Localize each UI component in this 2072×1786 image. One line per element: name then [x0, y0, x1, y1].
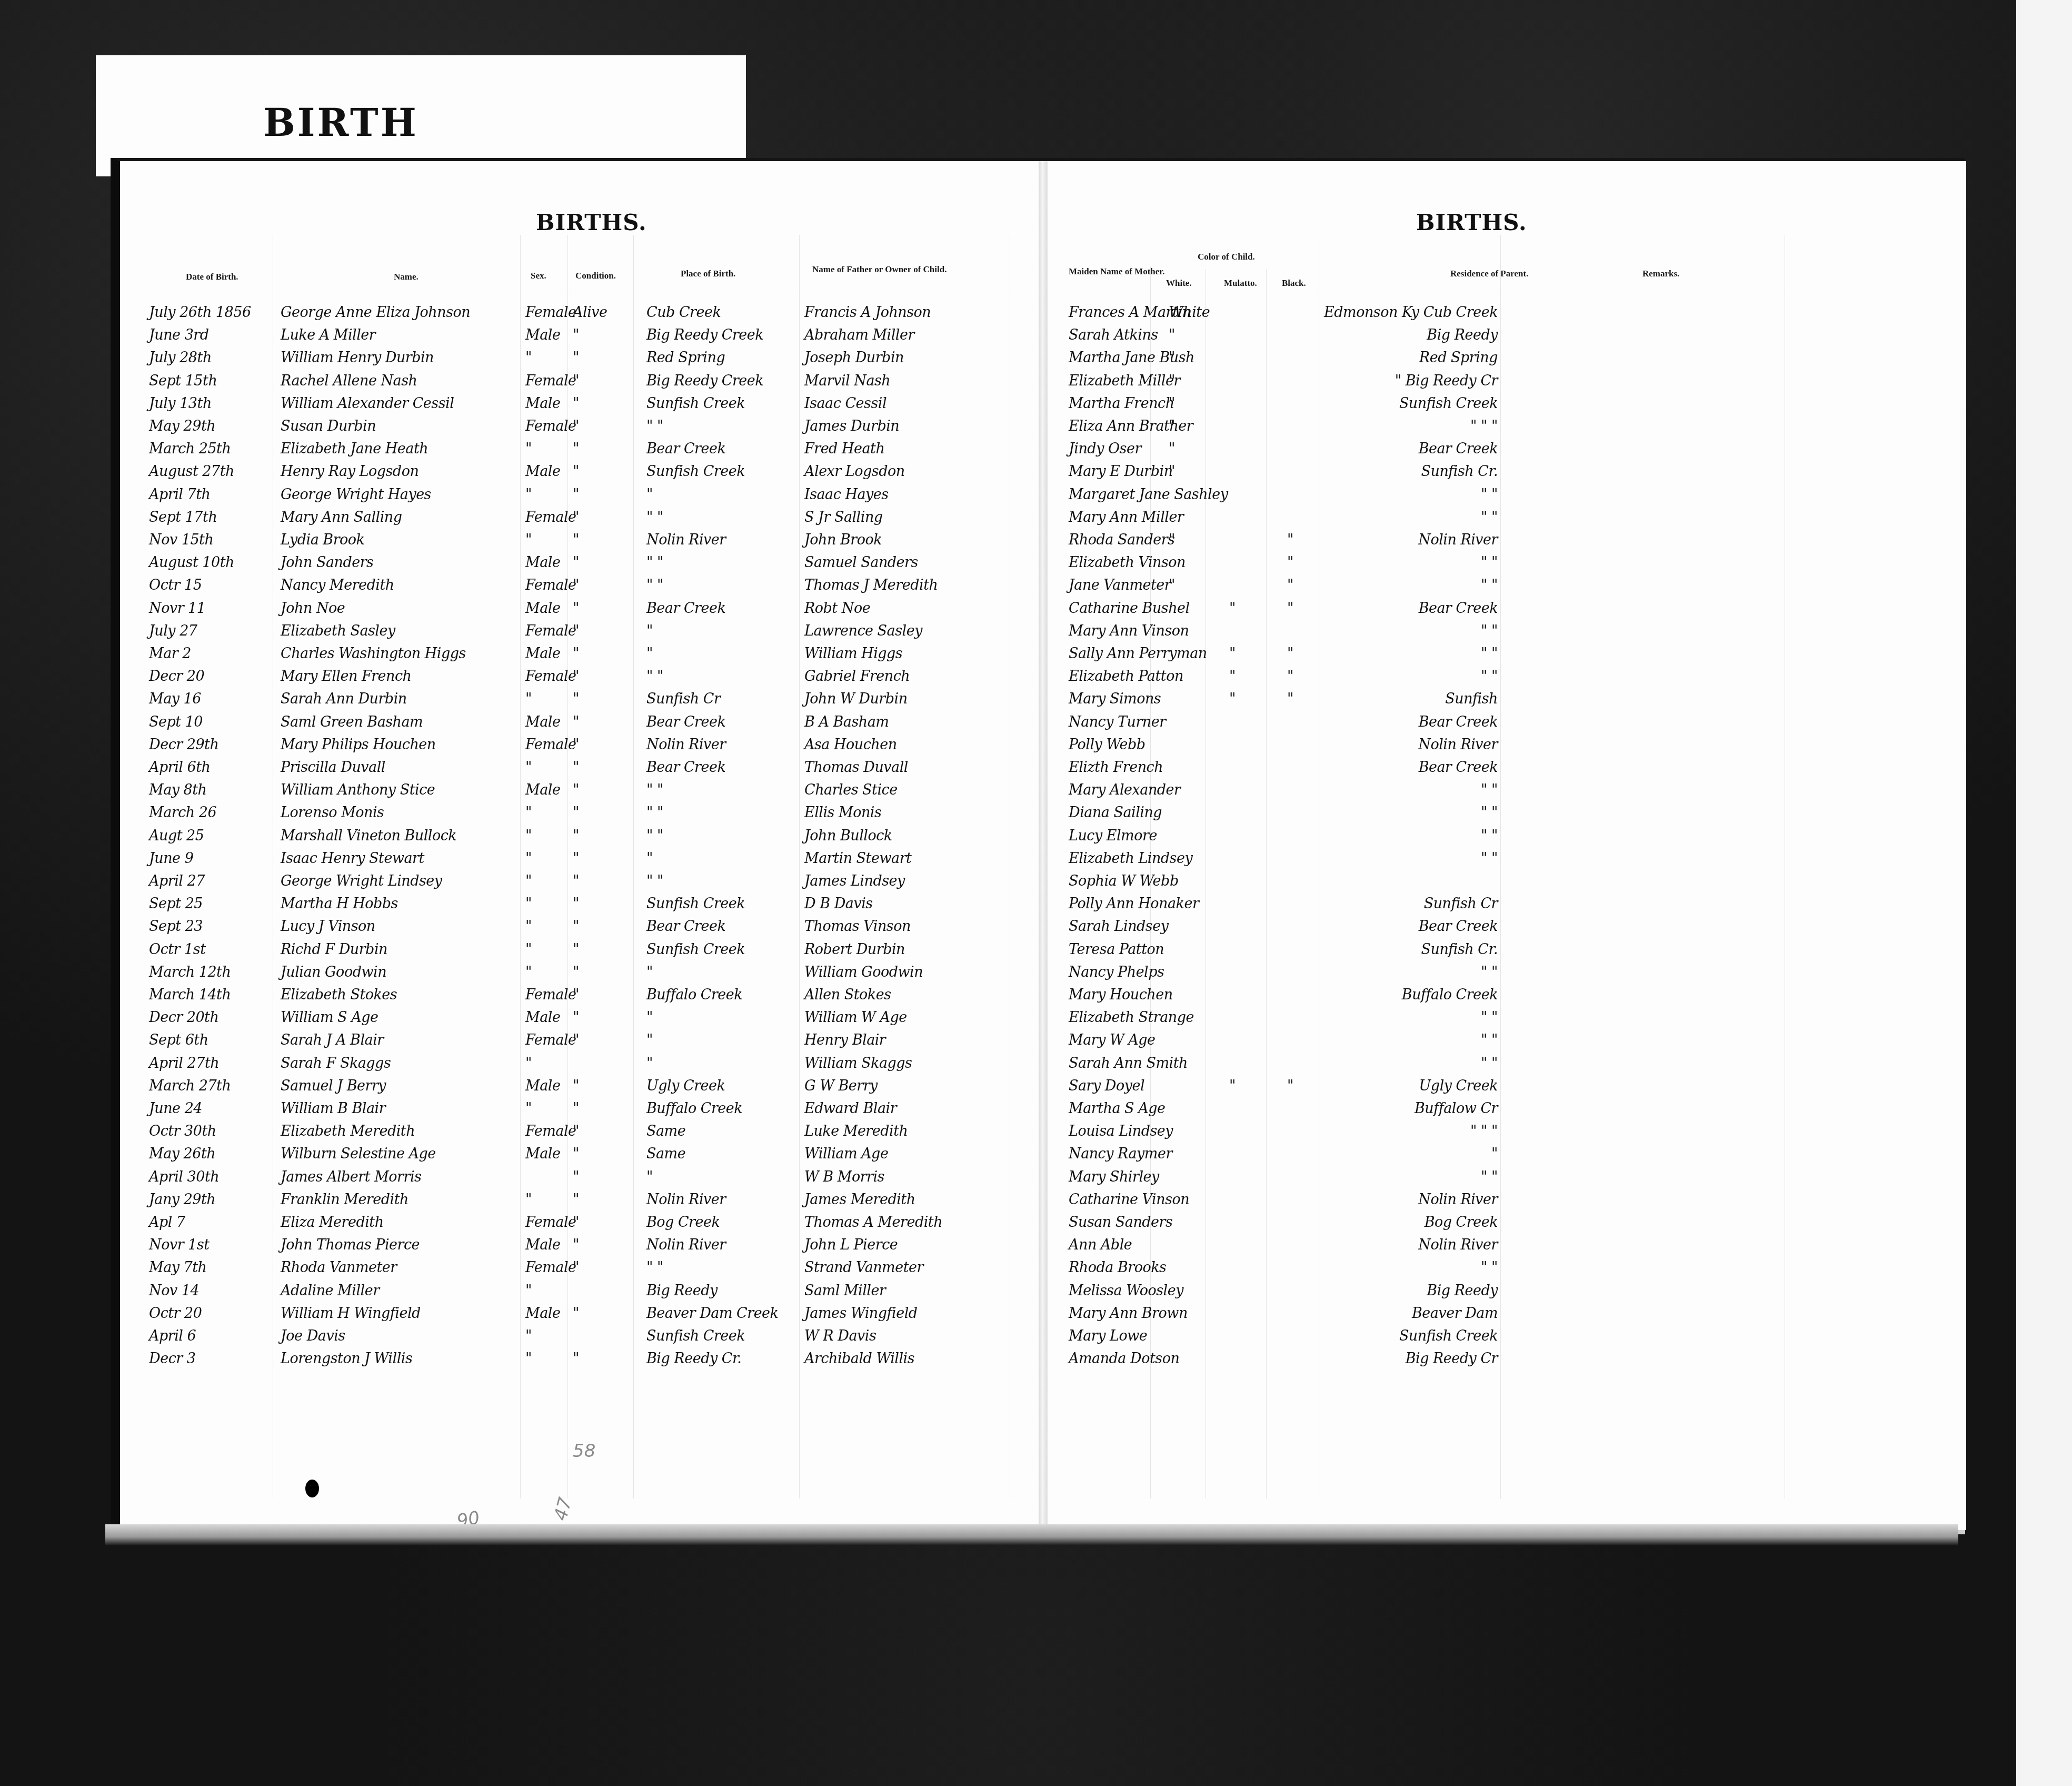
- cell-date: Mar 2: [149, 646, 191, 662]
- cell-date: Nov 14: [149, 1283, 199, 1299]
- cell-name: William B Blair: [281, 1100, 385, 1117]
- cell-name: Susan Durbin: [281, 418, 376, 434]
- cell-condition: ": [573, 1078, 579, 1094]
- cell-mother: Susan Sanders: [1069, 1214, 1172, 1231]
- cell-father: John L Pierce: [804, 1237, 898, 1253]
- cell-date: March 25th: [149, 441, 231, 457]
- cell-father: Fred Heath: [804, 441, 884, 457]
- cell-residence: " ": [1481, 554, 1498, 571]
- book-gutter: [1039, 161, 1047, 1530]
- cell-name: Rhoda Vanmeter: [281, 1259, 397, 1276]
- cell-date: Sept 6th: [149, 1032, 208, 1048]
- col-remarks: Remarks.: [1642, 269, 1679, 279]
- cell-condition: ": [573, 941, 579, 958]
- cell-place: Beaver Dam Creek: [646, 1305, 778, 1322]
- cell-mother: Mary Simons: [1069, 691, 1161, 707]
- cell-residence: " ": [1481, 828, 1498, 844]
- right-page: BIRTHS. Color of Child. Maiden Name of M…: [1047, 161, 1966, 1530]
- cell-name: Richd F Durbin: [281, 941, 387, 958]
- cell-name: Joe Davis: [281, 1328, 345, 1344]
- cell-name: James Albert Morris: [281, 1169, 421, 1185]
- cell-name: George Wright Hayes: [281, 487, 431, 503]
- cell-date: March 26: [149, 805, 216, 821]
- cell-place: Nolin River: [646, 1237, 726, 1253]
- cell-mother: Polly Ann Honaker: [1069, 896, 1199, 912]
- cell-mother: Mary Houchen: [1069, 987, 1173, 1003]
- cell-date: March 27th: [149, 1078, 231, 1094]
- cell-mother: Catharine Bushel: [1069, 600, 1190, 617]
- cell-black: ": [1287, 646, 1293, 662]
- cell-sex: Male: [525, 714, 560, 730]
- cell-sex: Male: [525, 1146, 560, 1162]
- cell-condition: ": [573, 850, 579, 867]
- cell-name: Wilburn Selestine Age: [281, 1146, 436, 1162]
- cell-residence: Buffalow Cr: [1414, 1100, 1498, 1117]
- cell-condition: ": [573, 668, 579, 684]
- cell-mother: Nancy Phelps: [1069, 964, 1164, 980]
- cell-father: B A Basham: [804, 714, 889, 730]
- cell-white: ": [1169, 418, 1175, 434]
- cell-father: Isaac Cessil: [804, 395, 886, 412]
- cell-condition: ": [573, 828, 579, 844]
- cell-sex: ": [525, 1328, 532, 1344]
- cell-residence: Sunfish Creek: [1399, 1328, 1498, 1344]
- cell-place: Sunfish Creek: [646, 1328, 745, 1344]
- cell-mother: Lucy Elmore: [1069, 828, 1157, 844]
- cell-date: March 14th: [149, 987, 231, 1003]
- cell-father: Charles Stice: [804, 782, 898, 798]
- cell-residence: Sunfish Cr.: [1421, 463, 1498, 480]
- cell-place: " ": [646, 828, 663, 844]
- cell-sex: Male: [525, 327, 560, 343]
- cell-father: James Wingfield: [804, 1305, 918, 1322]
- cell-name: Mary Ann Salling: [281, 509, 402, 525]
- cell-sex: Female: [525, 1214, 576, 1231]
- col-condition: Condition.: [575, 271, 616, 281]
- cell-father: James Lindsey: [804, 873, 905, 889]
- cell-date: April 6th: [149, 759, 210, 776]
- cell-sex: Male: [525, 395, 560, 412]
- cell-sex: ": [525, 918, 532, 935]
- cell-place: Sunfish Creek: [646, 395, 745, 412]
- cell-condition: ": [573, 1146, 579, 1162]
- cell-condition: ": [573, 987, 579, 1003]
- cell-date: May 26th: [149, 1146, 215, 1162]
- cell-condition: ": [573, 646, 579, 662]
- cell-residence: Nolin River: [1418, 1192, 1498, 1208]
- cell-date: May 29th: [149, 418, 215, 434]
- cell-black: ": [1287, 577, 1293, 593]
- cell-residence: " Big Reedy Cr: [1395, 373, 1498, 389]
- cell-sex: Female: [525, 668, 576, 684]
- cell-sex: ": [525, 487, 532, 503]
- cell-mother: Mary Shirley: [1069, 1169, 1159, 1185]
- cell-name: Martha H Hobbs: [281, 896, 398, 912]
- ink-blot: [305, 1480, 319, 1497]
- cell-mother: Elizth French: [1069, 759, 1163, 776]
- cell-mother: Nancy Raymer: [1069, 1146, 1172, 1162]
- cell-residence: Big Reedy Cr: [1406, 1351, 1498, 1367]
- cell-condition: ": [573, 759, 579, 776]
- cell-date: Sept 10: [149, 714, 203, 730]
- cell-mother: Mary Ann Vinson: [1069, 623, 1189, 639]
- cell-white: ": [1169, 532, 1175, 548]
- cell-condition: ": [573, 714, 579, 730]
- cell-name: Elizabeth Jane Heath: [281, 441, 428, 457]
- cell-residence: " ": [1481, 509, 1498, 525]
- cell-condition: ": [573, 395, 579, 412]
- cell-date: July 28th: [149, 350, 212, 366]
- cell-sex: ": [525, 441, 532, 457]
- cell-sex: ": [525, 532, 532, 548]
- cell-sex: Female: [525, 1123, 576, 1139]
- cell-mother: Elizabeth Patton: [1069, 668, 1183, 684]
- cell-place: Same: [646, 1146, 685, 1162]
- cell-residence: Sunfish Cr: [1424, 896, 1498, 912]
- cell-white: ": [1169, 327, 1175, 343]
- cell-mother: Elizabeth Strange: [1069, 1009, 1194, 1026]
- cell-date: Decr 20th: [149, 1009, 218, 1026]
- cell-father: G W Berry: [804, 1078, 878, 1094]
- cell-date: April 27th: [149, 1055, 219, 1071]
- cell-father: Strand Vanmeter: [804, 1259, 923, 1276]
- cell-name: Lorengston J Willis: [281, 1351, 412, 1367]
- cell-mother: Mary E Durbin: [1069, 463, 1173, 480]
- cell-sex: ": [525, 691, 532, 707]
- cell-condition: ": [573, 373, 579, 389]
- cell-sex: Female: [525, 1032, 576, 1048]
- col-residence: Residence of Parent.: [1450, 269, 1528, 279]
- cell-father: Francis A Johnson: [804, 304, 931, 321]
- cell-sex: Female: [525, 304, 576, 321]
- cell-sex: Male: [525, 554, 560, 571]
- cell-mother: Melissa Woosley: [1069, 1283, 1183, 1299]
- cell-residence: " ": [1481, 646, 1498, 662]
- cell-condition: ": [573, 418, 579, 434]
- cell-place: Bear Creek: [646, 759, 725, 776]
- cell-condition: ": [573, 737, 579, 753]
- cell-date: March 12th: [149, 964, 231, 980]
- cell-place: ": [646, 1032, 653, 1048]
- cell-place: Big Reedy Cr.: [646, 1351, 741, 1367]
- cell-sex: Male: [525, 646, 560, 662]
- cell-father: John Brook: [804, 532, 882, 548]
- cell-condition: ": [573, 873, 579, 889]
- cell-mother: Elizabeth Miller: [1069, 373, 1180, 389]
- cell-date: August 27th: [149, 463, 234, 480]
- cell-father: Lawrence Sasley: [804, 623, 922, 639]
- cell-name: John Noe: [281, 600, 345, 617]
- cell-residence: " ": [1481, 1032, 1498, 1048]
- col-black: Black.: [1282, 278, 1306, 289]
- cell-place: " ": [646, 418, 663, 434]
- cell-place: " ": [646, 554, 663, 571]
- cell-condition: ": [573, 509, 579, 525]
- cell-residence: Bear Creek: [1419, 441, 1498, 457]
- cell-residence: Edmonson Ky Cub Creek: [1324, 304, 1498, 321]
- cell-place: Sunfish Creek: [646, 941, 745, 958]
- cell-father: Saml Miller: [804, 1283, 885, 1299]
- cell-condition: ": [573, 577, 579, 593]
- cell-sex: Female: [525, 987, 576, 1003]
- cell-white: ": [1169, 373, 1175, 389]
- col-name: Name.: [394, 272, 419, 282]
- cell-condition: ": [573, 691, 579, 707]
- cell-date: Augt 25: [149, 828, 204, 844]
- cell-sex: ": [525, 873, 532, 889]
- cell-residence: Bear Creek: [1419, 918, 1498, 935]
- pencil-note: 58: [573, 1441, 595, 1462]
- cell-residence: Bear Creek: [1419, 714, 1498, 730]
- cell-white: ": [1169, 350, 1175, 366]
- cell-name: Nancy Meredith: [281, 577, 394, 593]
- cell-date: April 30th: [149, 1169, 219, 1185]
- cell-date: Octr 30th: [149, 1123, 216, 1139]
- cell-name: Elizabeth Sasley: [281, 623, 395, 639]
- book-bottom-edge: [105, 1524, 1958, 1545]
- cell-name: Sarah J A Blair: [281, 1032, 384, 1048]
- cell-condition: ": [573, 600, 579, 617]
- cell-mother: Elizabeth Lindsey: [1069, 850, 1192, 867]
- cell-condition: ": [573, 1192, 579, 1208]
- cell-father: W R Davis: [804, 1328, 876, 1344]
- cell-father: Marvil Nash: [804, 373, 890, 389]
- cell-mother: Elizabeth Vinson: [1069, 554, 1186, 571]
- cell-mother: Amanda Dotson: [1069, 1351, 1179, 1367]
- cell-place: ": [646, 1009, 653, 1026]
- cell-mother: Martha S Age: [1069, 1100, 1165, 1117]
- cell-mother: Mary Alexander: [1069, 782, 1180, 798]
- cell-condition: ": [573, 896, 579, 912]
- cell-mother: Mary W Age: [1069, 1032, 1155, 1048]
- cell-white: ": [1169, 463, 1175, 480]
- cell-sex: Male: [525, 1078, 560, 1094]
- cell-place: Sunfish Cr: [646, 691, 720, 707]
- cell-date: April 6: [149, 1328, 196, 1344]
- cell-name: Lucy J Vinson: [281, 918, 375, 935]
- register-book: BIRTHS. Date of Birth. Name. Sex. Condit…: [111, 158, 1965, 1530]
- cell-sex: ": [525, 850, 532, 867]
- cell-residence: Sunfish Cr.: [1421, 941, 1498, 958]
- cell-name: George Anne Eliza Johnson: [281, 304, 470, 321]
- cell-sex: Male: [525, 782, 560, 798]
- cell-name: Saml Green Basham: [281, 714, 423, 730]
- cell-sex: Male: [525, 1237, 560, 1253]
- cell-father: John W Durbin: [804, 691, 908, 707]
- cell-mulatto: ": [1229, 646, 1236, 662]
- cell-mother: Louisa Lindsey: [1069, 1123, 1173, 1139]
- cell-residence: Bear Creek: [1419, 600, 1498, 617]
- cell-mother: Sally Ann Perryman: [1069, 646, 1207, 662]
- cell-name: Priscilla Duvall: [281, 759, 385, 776]
- cell-name: William Henry Durbin: [281, 350, 434, 366]
- cell-date: June 3rd: [149, 327, 209, 343]
- cell-condition: ": [573, 1169, 579, 1185]
- cell-mother: Diana Sailing: [1069, 805, 1162, 821]
- col-place: Place of Birth.: [681, 269, 735, 279]
- col-date: Date of Birth.: [186, 272, 238, 282]
- cell-sex: Female: [525, 737, 576, 753]
- cell-date: Apl 7: [149, 1214, 185, 1231]
- cell-white: ": [1169, 441, 1175, 457]
- cell-place: " ": [646, 805, 663, 821]
- cell-date: Novr 11: [149, 600, 205, 617]
- cell-name: Elizabeth Stokes: [281, 987, 397, 1003]
- cell-name: Eliza Meredith: [281, 1214, 384, 1231]
- cell-condition: ": [573, 1351, 579, 1367]
- cell-condition: ": [573, 918, 579, 935]
- cell-sex: ": [525, 1192, 532, 1208]
- cell-date: May 7th: [149, 1259, 207, 1276]
- col-white: White.: [1166, 278, 1192, 289]
- cell-place: Nolin River: [646, 737, 726, 753]
- cell-sex: ": [525, 1100, 532, 1117]
- cell-name: Mary Philips Houchen: [281, 737, 436, 753]
- col-sex: Sex.: [531, 271, 546, 281]
- cell-sex: Female: [525, 509, 576, 525]
- cell-name: Samuel J Berry: [281, 1078, 386, 1094]
- cell-residence: Nolin River: [1418, 532, 1498, 548]
- cell-father: William Age: [804, 1146, 888, 1162]
- cell-name: William Anthony Stice: [281, 782, 435, 798]
- cell-name: Sarah Ann Durbin: [281, 691, 407, 707]
- cell-sex: ": [525, 828, 532, 844]
- cell-residence: " ": [1481, 805, 1498, 821]
- cell-place: ": [646, 623, 653, 639]
- cell-father: Isaac Hayes: [804, 487, 889, 503]
- cell-place: " ": [646, 509, 663, 525]
- cell-place: ": [646, 964, 653, 980]
- cell-residence: " ": [1481, 577, 1498, 593]
- cell-date: Octr 20: [149, 1305, 202, 1322]
- col-mulatto: Mulatto.: [1224, 278, 1257, 289]
- cell-condition: ": [573, 623, 579, 639]
- left-page-title: BIRTHS.: [536, 210, 647, 235]
- cell-date: April 27: [149, 873, 205, 889]
- cell-date: Decr 20: [149, 668, 204, 684]
- cell-place: Sunfish Creek: [646, 463, 745, 480]
- cell-father: Edward Blair: [804, 1100, 896, 1117]
- cell-father: Archibald Willis: [804, 1351, 914, 1367]
- cell-date: Decr 29th: [149, 737, 218, 753]
- cell-condition: ": [573, 964, 579, 980]
- cell-mother: Teresa Patton: [1069, 941, 1164, 958]
- cell-condition: ": [573, 1305, 579, 1322]
- cell-name: Isaac Henry Stewart: [281, 850, 424, 867]
- cell-name: Adaline Miller: [281, 1283, 380, 1299]
- cell-place: Big Reedy: [646, 1283, 718, 1299]
- cell-date: Sept 25: [149, 896, 203, 912]
- cell-mother: Sary Doyel: [1069, 1078, 1144, 1094]
- cell-condition: ": [573, 1214, 579, 1231]
- cell-name: William S Age: [281, 1009, 378, 1026]
- cell-condition: ": [573, 1123, 579, 1139]
- cell-sex: ": [525, 350, 532, 366]
- cell-place: Bear Creek: [646, 441, 725, 457]
- cell-place: Bear Creek: [646, 714, 725, 730]
- cell-date: May 8th: [149, 782, 207, 798]
- cell-father: Thomas J Meredith: [804, 577, 938, 593]
- cell-residence: Ugly Creek: [1419, 1078, 1498, 1094]
- cell-residence: " ": [1481, 487, 1498, 503]
- cell-sex: ": [525, 1283, 532, 1299]
- cell-black: ": [1287, 668, 1293, 684]
- cell-place: Bear Creek: [646, 918, 725, 935]
- cell-name: Henry Ray Logsdon: [281, 463, 419, 480]
- cell-white: ": [1169, 577, 1175, 593]
- cell-mother: Margaret Jane Sashley: [1069, 487, 1228, 503]
- cell-place: Sunfish Creek: [646, 896, 745, 912]
- cell-name: Marshall Vineton Bullock: [281, 828, 456, 844]
- cell-mulatto: ": [1229, 668, 1236, 684]
- cell-mother: Rhoda Sanders: [1069, 532, 1174, 548]
- cell-place: Buffalo Creek: [646, 987, 742, 1003]
- cell-residence: " ": [1481, 850, 1498, 867]
- cell-condition: ": [573, 782, 579, 798]
- cell-condition: ": [573, 463, 579, 480]
- cell-father: Robt Noe: [804, 600, 870, 617]
- cell-white: White: [1169, 304, 1210, 321]
- cell-date: July 27: [149, 623, 197, 639]
- cell-condition: ": [573, 327, 579, 343]
- cell-date: Octr 1st: [149, 941, 205, 958]
- cell-father: William Higgs: [804, 646, 902, 662]
- cell-residence: Sunfish Creek: [1399, 395, 1498, 412]
- cell-date: Sept 23: [149, 918, 203, 935]
- cell-sex: ": [525, 805, 532, 821]
- cell-date: Jany 29th: [149, 1192, 215, 1208]
- cell-name: Charles Washington Higgs: [281, 646, 466, 662]
- cell-condition: ": [573, 554, 579, 571]
- cell-sex: Female: [525, 623, 576, 639]
- cell-father: Ellis Monis: [804, 805, 881, 821]
- cell-mother: Nancy Turner: [1069, 714, 1166, 730]
- cell-condition: ": [573, 1100, 579, 1117]
- cell-condition: ": [573, 1259, 579, 1276]
- cell-date: April 7th: [149, 487, 210, 503]
- cell-residence: " ": [1481, 782, 1498, 798]
- cell-white: ": [1169, 395, 1175, 412]
- cell-residence: Bog Creek: [1424, 1214, 1498, 1231]
- cell-sex: ": [525, 941, 532, 958]
- cell-mother: Jindy Oser: [1069, 441, 1141, 457]
- cell-mother: Martha French: [1069, 395, 1174, 412]
- cell-place: " ": [646, 873, 663, 889]
- cell-mulatto: ": [1229, 1078, 1236, 1094]
- cell-mulatto: ": [1229, 600, 1236, 617]
- cell-date: Decr 3: [149, 1351, 195, 1367]
- cell-name: Rachel Allene Nash: [281, 373, 417, 389]
- cell-father: Samuel Sanders: [804, 554, 918, 571]
- cell-sex: Female: [525, 577, 576, 593]
- cell-father: Alexr Logsdon: [804, 463, 905, 480]
- cell-father: Thomas A Meredith: [804, 1214, 942, 1231]
- cell-mother: Sophia W Webb: [1069, 873, 1179, 889]
- cell-sex: Male: [525, 600, 560, 617]
- cell-name: Sarah F Skaggs: [281, 1055, 391, 1071]
- cell-mother: Catharine Vinson: [1069, 1192, 1189, 1208]
- left-page: BIRTHS. Date of Birth. Name. Sex. Condit…: [120, 161, 1039, 1530]
- cell-residence: " ": [1481, 623, 1498, 639]
- cell-residence: " ": [1481, 964, 1498, 980]
- cell-date: Novr 1st: [149, 1237, 210, 1253]
- cell-name: Luke A Miller: [281, 327, 375, 343]
- cell-father: Luke Meredith: [804, 1123, 908, 1139]
- cell-name: William H Wingfield: [281, 1305, 421, 1322]
- cell-sex: ": [525, 1351, 532, 1367]
- cell-place: " ": [646, 668, 663, 684]
- cell-name: William Alexander Cessil: [281, 395, 454, 412]
